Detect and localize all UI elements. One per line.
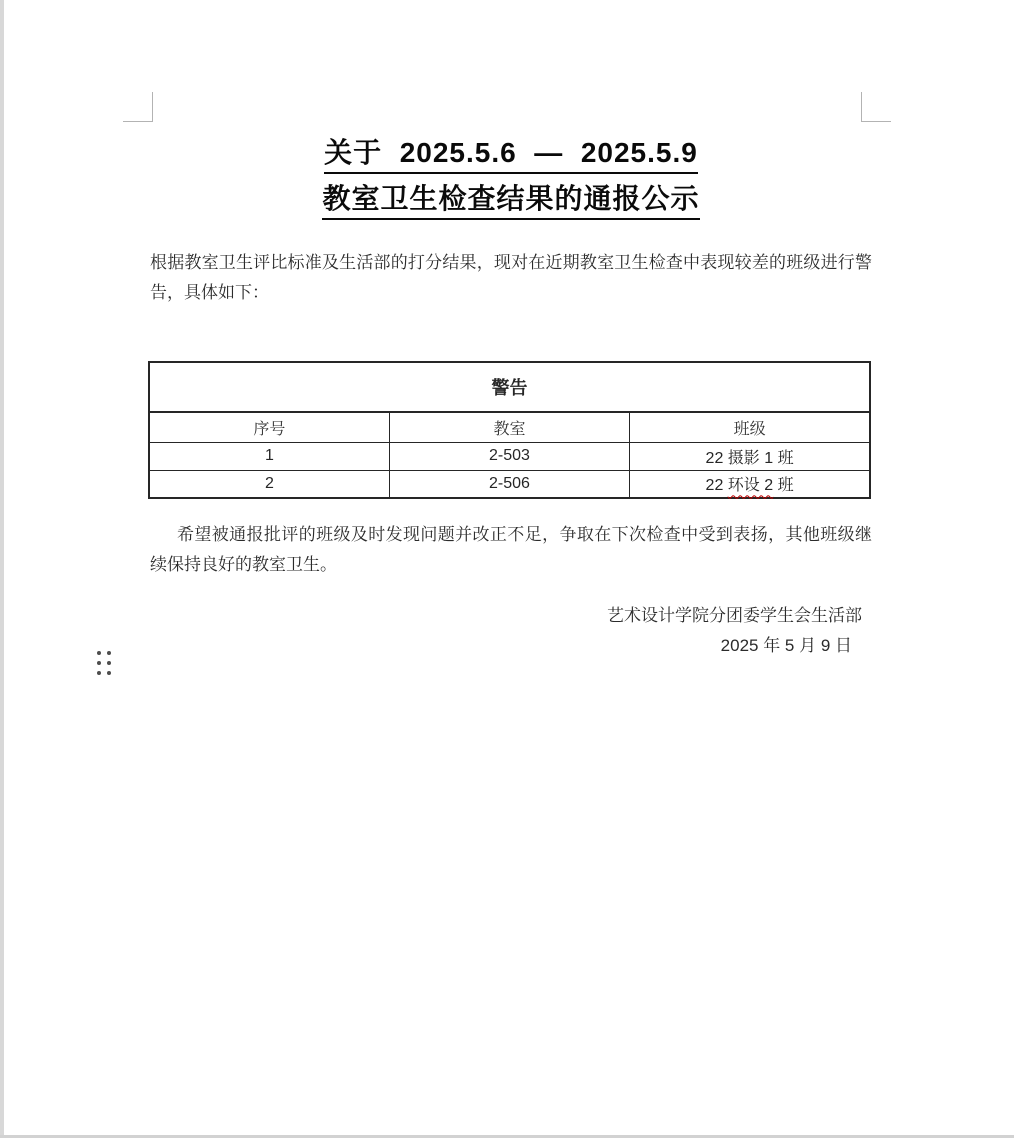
warning-table: 警告 序号 教室 班级 1 2-503 22 摄影 1 班 2 2-506 22… — [148, 361, 871, 499]
cell-room[interactable]: 2-506 — [389, 470, 629, 498]
doc-title-line1[interactable]: 关于 2025.5.6 — 2025.5.9 — [150, 131, 872, 171]
cell-class-text: 22 摄影 1 班 — [706, 450, 794, 467]
warning-table-title-row: 警告 — [149, 362, 870, 412]
drag-handle-dot — [97, 671, 101, 675]
warning-table-header-row: 序号 教室 班级 — [149, 412, 870, 442]
drag-handle-dot — [107, 651, 111, 655]
doc-title-line2-text: 教室卫生检查结果的通报公示 — [322, 183, 699, 220]
cell-class[interactable]: 22 环设 2 班 — [630, 470, 870, 498]
drag-handle-dot — [97, 651, 101, 655]
cell-class-text: 班 — [773, 477, 793, 494]
column-header-room[interactable]: 教室 — [389, 412, 629, 442]
signature-date[interactable]: 2025 年 5 月 9 日 — [150, 631, 872, 661]
cell-room[interactable]: 2-503 — [389, 442, 629, 470]
cell-class-text: 22 — [706, 477, 728, 494]
document-body: 关于 2025.5.6 — 2025.5.9 教室卫生检查结果的通报公示 根据教… — [150, 0, 872, 1138]
cell-class[interactable]: 22 摄影 1 班 — [630, 442, 870, 470]
text-boundary-mark-top-left — [123, 121, 153, 122]
drag-handle-dot — [107, 661, 111, 665]
doc-title-line2[interactable]: 教室卫生检查结果的通报公示 — [150, 177, 872, 217]
drag-handle-dot — [107, 671, 111, 675]
doc-title-line1-text: 关于 2025.5.6 — 2025.5.9 — [324, 137, 698, 174]
closing-paragraph[interactable]: 希望被通报批评的班级及时发现问题并改正不足，争取在下次检查中受到表扬，其他班级继… — [150, 520, 872, 580]
warning-table-title[interactable]: 警告 — [149, 362, 870, 412]
document-page: 关于 2025.5.6 — 2025.5.9 教室卫生检查结果的通报公示 根据教… — [0, 0, 1014, 1138]
signature-organization[interactable]: 艺术设计学院分团委学生会生活部 — [150, 601, 872, 631]
table-row: 2 2-506 22 环设 2 班 — [149, 470, 870, 498]
drag-handle-dot — [97, 661, 101, 665]
cell-no[interactable]: 2 — [149, 470, 389, 498]
drag-handle-icon[interactable] — [97, 651, 111, 675]
page-left-edge — [0, 0, 4, 1138]
cell-no[interactable]: 1 — [149, 442, 389, 470]
intro-paragraph[interactable]: 根据教室卫生评比标准及生活部的打分结果，现对在近期教室卫生检查中表现较差的班级进… — [150, 248, 872, 308]
spellcheck-flagged-text: 环设 2 — [728, 477, 773, 494]
table-row: 1 2-503 22 摄影 1 班 — [149, 442, 870, 470]
column-header-class[interactable]: 班级 — [630, 412, 870, 442]
column-header-no[interactable]: 序号 — [149, 412, 389, 442]
